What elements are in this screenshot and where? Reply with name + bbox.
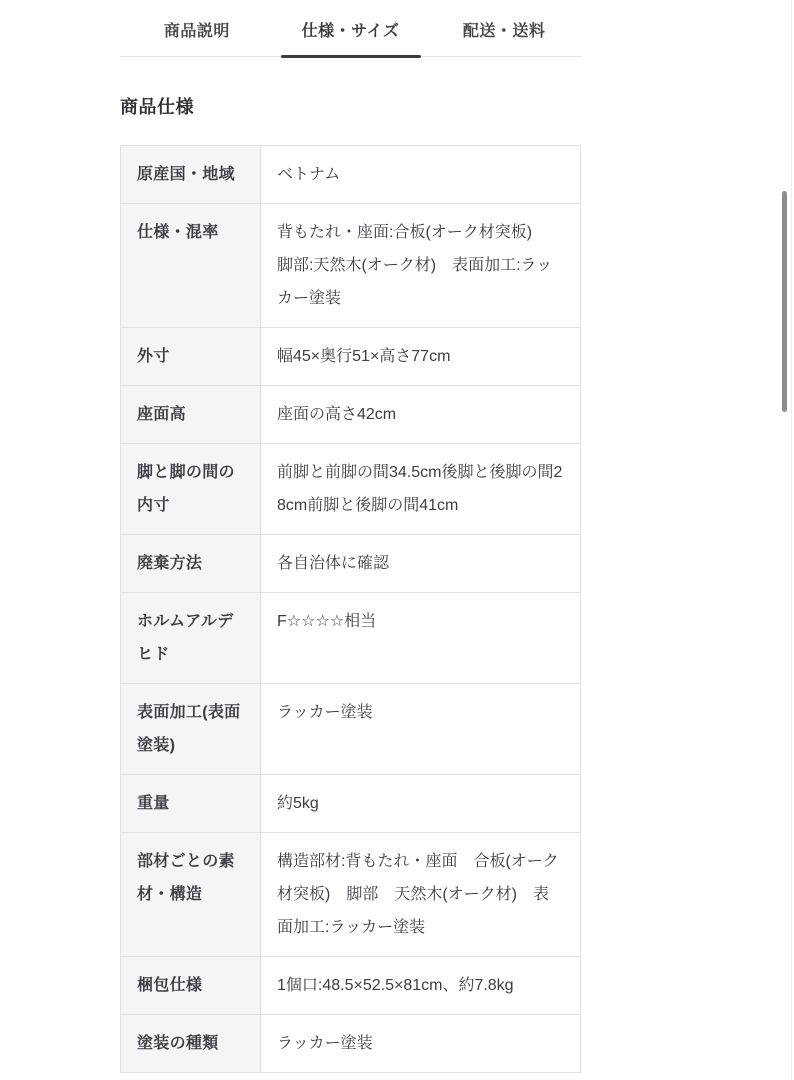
spec-row-label: 仕様・混率 bbox=[121, 204, 261, 328]
spec-row-value: F☆☆☆☆相当 bbox=[261, 593, 581, 684]
vertical-scrollbar-thumb[interactable] bbox=[782, 191, 787, 412]
spec-row-label: 座面高 bbox=[121, 386, 261, 444]
spec-row-label: 塗装の種類 bbox=[121, 1015, 261, 1073]
spec-row-label: 重量 bbox=[121, 775, 261, 833]
spec-row: ホルムアルデヒドF☆☆☆☆相当 bbox=[121, 593, 581, 684]
spec-row-label: 廃棄方法 bbox=[121, 535, 261, 593]
spec-row-value: 約5kg bbox=[261, 775, 581, 833]
spec-row: 座面高座面の高さ42cm bbox=[121, 386, 581, 444]
product-spec-panel: 商品説明 仕様・サイズ 配送・送料 商品仕様 原産国・地域ベトナム仕様・混率背も… bbox=[120, 0, 581, 1073]
spec-row-label: ホルムアルデヒド bbox=[121, 593, 261, 684]
spec-row: 外寸幅45×奥行51×高さ77cm bbox=[121, 328, 581, 386]
spec-row-value: 1個口:48.5×52.5×81cm、約7.8kg bbox=[261, 957, 581, 1015]
spec-row: 梱包仕様1個口:48.5×52.5×81cm、約7.8kg bbox=[121, 957, 581, 1015]
spec-row-value: 背もたれ・座面:合板(オーク材突板) 脚部:天然木(オーク材) 表面加工:ラッカ… bbox=[261, 204, 581, 328]
spec-row-label: 原産国・地域 bbox=[121, 146, 261, 204]
spec-row-value: 前脚と前脚の間34.5cm後脚と後脚の間28cm前脚と後脚の間41cm bbox=[261, 444, 581, 535]
spec-row: 重量約5kg bbox=[121, 775, 581, 833]
spec-row: 廃棄方法各自治体に確認 bbox=[121, 535, 581, 593]
spec-row-label: 表面加工(表面塗装) bbox=[121, 684, 261, 775]
spec-row-value: 座面の高さ42cm bbox=[261, 386, 581, 444]
spec-row: 原産国・地域ベトナム bbox=[121, 146, 581, 204]
spec-row: 仕様・混率背もたれ・座面:合板(オーク材突板) 脚部:天然木(オーク材) 表面加… bbox=[121, 204, 581, 328]
spec-table: 原産国・地域ベトナム仕様・混率背もたれ・座面:合板(オーク材突板) 脚部:天然木… bbox=[120, 145, 581, 1073]
tab-shipping[interactable]: 配送・送料 bbox=[427, 18, 581, 56]
spec-row-label: 脚と脚の間の内寸 bbox=[121, 444, 261, 535]
spec-row: 部材ごとの素材・構造構造部材:背もたれ・座面 合板(オーク材突板) 脚部 天然木… bbox=[121, 833, 581, 957]
spec-row-value: ベトナム bbox=[261, 146, 581, 204]
product-tabs: 商品説明 仕様・サイズ 配送・送料 bbox=[120, 0, 581, 57]
spec-row-value: 各自治体に確認 bbox=[261, 535, 581, 593]
spec-table-body: 原産国・地域ベトナム仕様・混率背もたれ・座面:合板(オーク材突板) 脚部:天然木… bbox=[121, 146, 581, 1073]
spec-row: 脚と脚の間の内寸前脚と前脚の間34.5cm後脚と後脚の間28cm前脚と後脚の間4… bbox=[121, 444, 581, 535]
spec-row-label: 外寸 bbox=[121, 328, 261, 386]
spec-row-label: 部材ごとの素材・構造 bbox=[121, 833, 261, 957]
spec-row-value: ラッカー塗装 bbox=[261, 684, 581, 775]
spec-row: 塗装の種類ラッカー塗装 bbox=[121, 1015, 581, 1073]
spec-row-label: 梱包仕様 bbox=[121, 957, 261, 1015]
tab-spec-size[interactable]: 仕様・サイズ bbox=[274, 18, 428, 56]
page-right-edge-divider bbox=[791, 0, 792, 1080]
spec-row-value: ラッカー塗装 bbox=[261, 1015, 581, 1073]
spec-row: 表面加工(表面塗装)ラッカー塗装 bbox=[121, 684, 581, 775]
spec-row-value: 構造部材:背もたれ・座面 合板(オーク材突板) 脚部 天然木(オーク材) 表面加… bbox=[261, 833, 581, 957]
tab-product-description[interactable]: 商品説明 bbox=[120, 18, 274, 56]
section-title-product-spec: 商品仕様 bbox=[120, 93, 581, 119]
spec-row-value: 幅45×奥行51×高さ77cm bbox=[261, 328, 581, 386]
